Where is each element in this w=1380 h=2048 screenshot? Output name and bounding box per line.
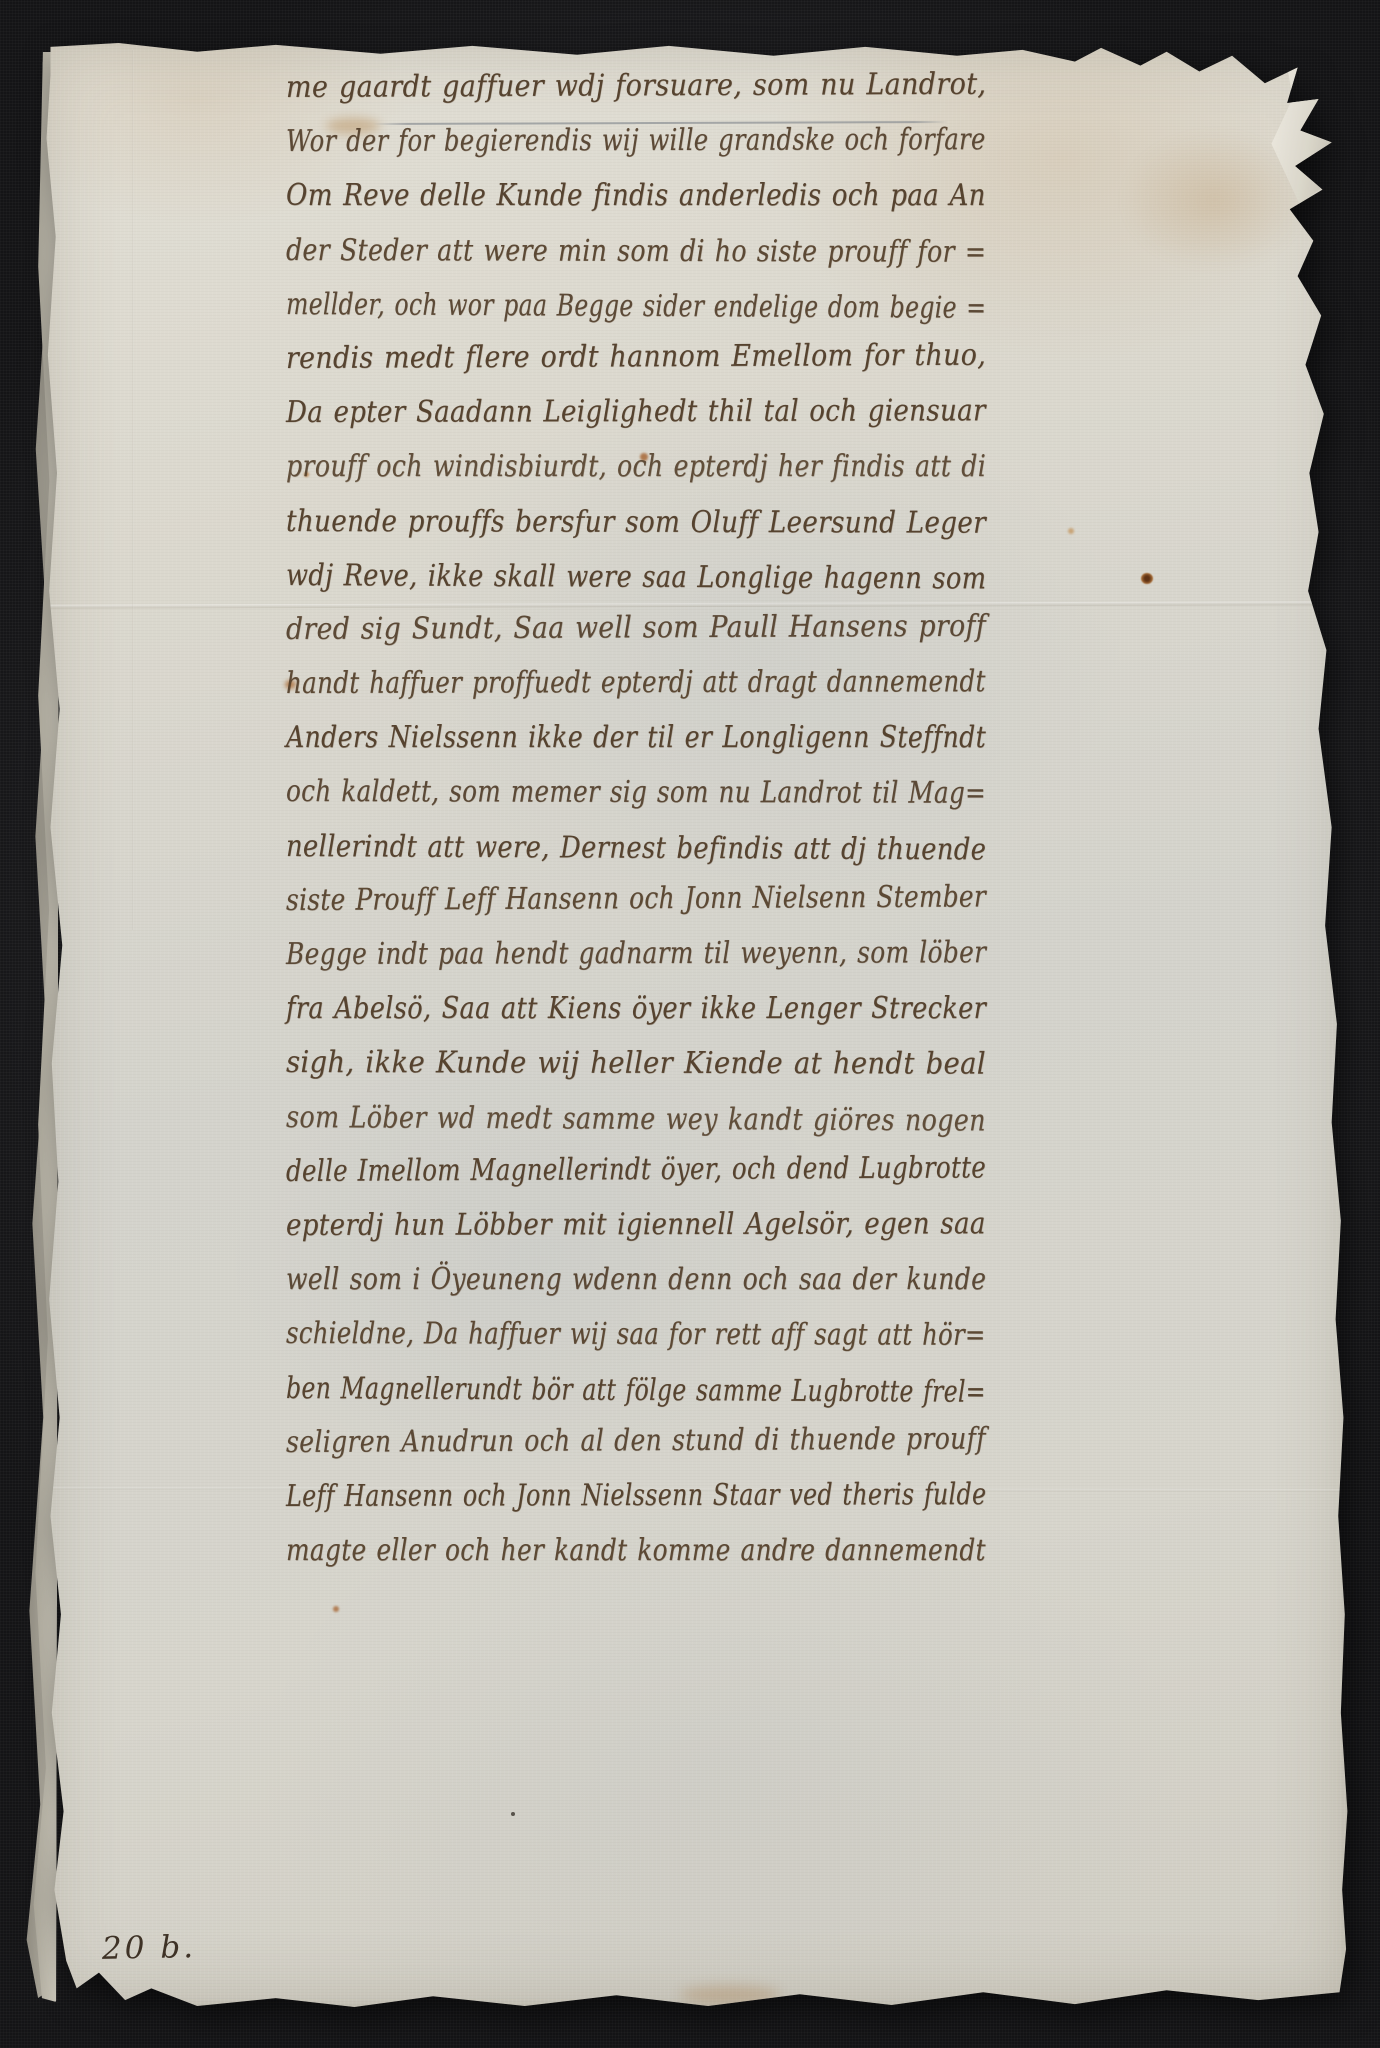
handwriting-line: thuende prouffs bersfur som Oluff Leersu… [286,504,1006,558]
fold-crease [132,50,134,930]
handwriting-line: nellerindt att were, Dernest befindis at… [286,829,1006,883]
handwriting-line: Om Reve delle Kunde findis anderledis oc… [286,178,1006,232]
handwriting-line: fra Abelsö, Saa att Kiens öyer ikke Leng… [286,991,1006,1045]
rust-spot [333,1606,339,1612]
handwriting-text-block: me gaardt gaffuer wdj forsuare, som nu L… [286,70,1006,1587]
handwriting-line: siste Prouff Leff Hansenn och Jonn Niels… [286,883,1006,937]
handwriting-line: seligren Anudrun och al den stund di thu… [286,1425,1006,1479]
handwriting-line: me gaardt gaffuer wdj forsuare, som nu L… [286,70,1006,124]
handwriting-line: Begge indt paa hendt gadnarm til weyenn,… [286,937,1006,991]
handwriting-line: magte eller och her kandt komme andre da… [286,1533,1006,1587]
handwriting-line: mellder, och wor paa Begge sider endelig… [286,287,1006,341]
ink-speck [511,1812,515,1816]
handwriting-line: dred sig Sundt, Saa well som Paull Hanse… [286,612,1006,666]
handwriting-line: epterdj hun Löbber mit igiennell Agelsör… [286,1208,1006,1262]
rust-spot [1068,528,1074,534]
handwriting-line: delle Imellom Magnellerindt öyer, och de… [286,1154,1006,1208]
handwriting-line: schieldne, Da haffuer wij saa for rett a… [286,1316,1006,1370]
archive-backdrop: me gaardt gaffuer wdj forsuare, som nu L… [0,0,1380,2048]
rust-spot [88,1988,104,2000]
handwriting-line: ben Magnellerundt bör att fölge samme Lu… [286,1371,1006,1425]
rust-spot [1141,573,1153,584]
handwriting-line: Anders Nielssenn ikke der til er Longlig… [286,720,1006,774]
paper-sheet: me gaardt gaffuer wdj forsuare, som nu L… [40,40,1350,2008]
handwriting-line: handt haffuer proffuedt epterdj att drag… [286,666,1006,720]
ink-smudge [680,1986,780,2004]
handwriting-line: prouff och windisbiurdt, och epterdj her… [286,449,1006,503]
handwriting-line: som Löber wd medt samme wey kandt giöres… [286,1100,1006,1154]
handwriting-line: och kaldett, som memer sig som nu Landro… [286,774,1006,828]
folio-number: 20 b. [102,1929,197,1967]
handwriting-line: Da epter Saadann Leiglighedt thil tal oc… [286,395,1006,449]
handwriting-line: wdj Reve, ikke skall were saa Longlige h… [286,558,1006,612]
manuscript-page: me gaardt gaffuer wdj forsuare, som nu L… [40,40,1350,2008]
torn-corner-curl [1271,54,1341,204]
handwriting-line: rendis medt flere ordt hannom Emellom fo… [286,341,1006,395]
handwriting-line: Wor der for begierendis wij wille grands… [286,124,1006,178]
handwriting-line: sigh, ikke Kunde wij heller Kiende at he… [286,1045,1006,1099]
handwriting-line: der Steder att were min som di ho siste … [286,233,1006,287]
handwriting-line: Leff Hansenn och Jonn Nielssenn Staar ve… [286,1479,1006,1533]
handwriting-line: well som i Öyeuneng wdenn denn och saa d… [286,1262,1006,1316]
